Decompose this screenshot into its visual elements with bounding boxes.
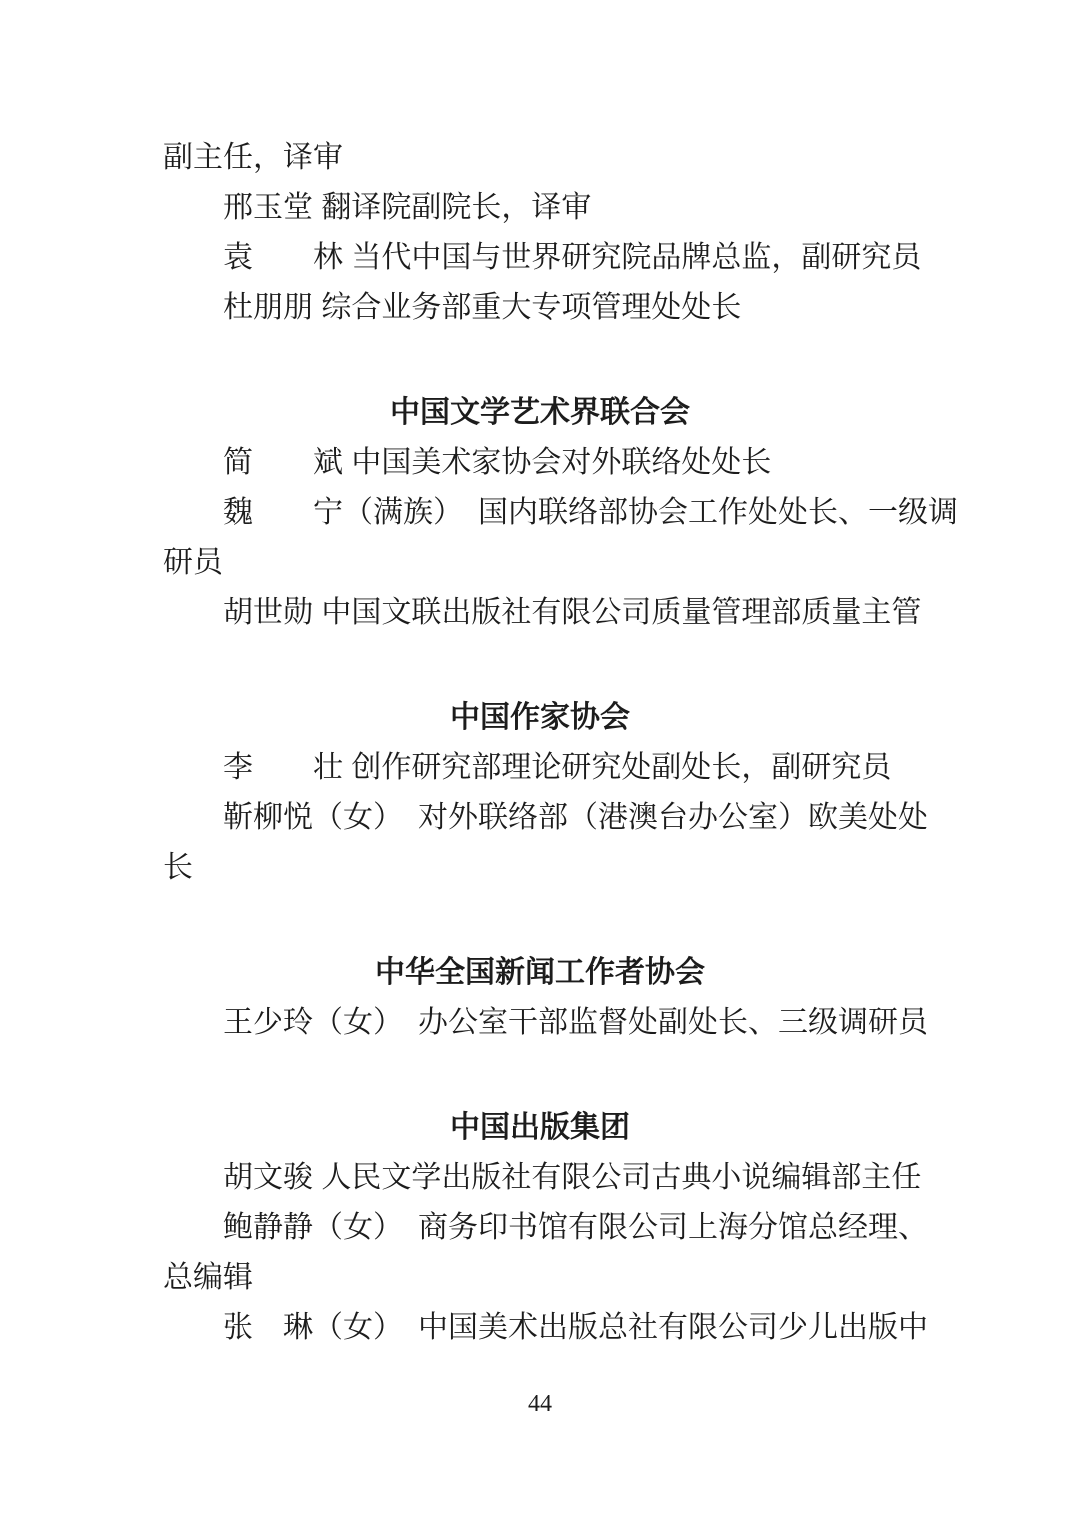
section-heading: 中国文学艺术界联合会 [163, 388, 917, 438]
entry-continuation-line: 长 [163, 843, 917, 893]
page-content: 副主任，译审 邢玉堂 翻译院副院长，译审 袁 林 当代中国与世界研究院品牌总监，… [163, 133, 917, 1353]
section-heading: 中华全国新闻工作者协会 [163, 948, 917, 998]
entry-continuation-line: 总编辑 [163, 1253, 917, 1303]
entry-line: 胡世勋 中国文联出版社有限公司质量管理部质量主管 [163, 588, 917, 638]
entry-continuation-line: 副主任，译审 [163, 133, 917, 183]
entry-line: 杜朋朋 综合业务部重大专项管理处处长 [163, 283, 917, 333]
section-heading: 中国作家协会 [163, 693, 917, 743]
entry-line: 李 壮 创作研究部理论研究处副处长，副研究员 [163, 743, 917, 793]
entry-line: 靳柳悦（女） 对外联络部（港澳台办公室）欧美处处 [163, 793, 917, 843]
page-number: 44 [0, 1390, 1080, 1418]
entry-line: 张 琳（女） 中国美术出版总社有限公司少儿出版中 [163, 1303, 917, 1353]
entry-line: 邢玉堂 翻译院副院长，译审 [163, 183, 917, 233]
entry-line: 袁 林 当代中国与世界研究院品牌总监，副研究员 [163, 233, 917, 283]
entry-line: 胡文骏 人民文学出版社有限公司古典小说编辑部主任 [163, 1153, 917, 1203]
entry-continuation-line: 研员 [163, 538, 917, 588]
entry-line: 王少玲（女） 办公室干部监督处副处长、三级调研员 [163, 998, 917, 1048]
section-heading: 中国出版集团 [163, 1103, 917, 1153]
document-page: 副主任，译审 邢玉堂 翻译院副院长，译审 袁 林 当代中国与世界研究院品牌总监，… [0, 0, 1080, 1526]
entry-line: 鲍静静（女） 商务印书馆有限公司上海分馆总经理、 [163, 1203, 917, 1253]
entry-line: 简 斌 中国美术家协会对外联络处处长 [163, 438, 917, 488]
entry-line: 魏 宁（满族） 国内联络部协会工作处处长、一级调 [163, 488, 917, 538]
